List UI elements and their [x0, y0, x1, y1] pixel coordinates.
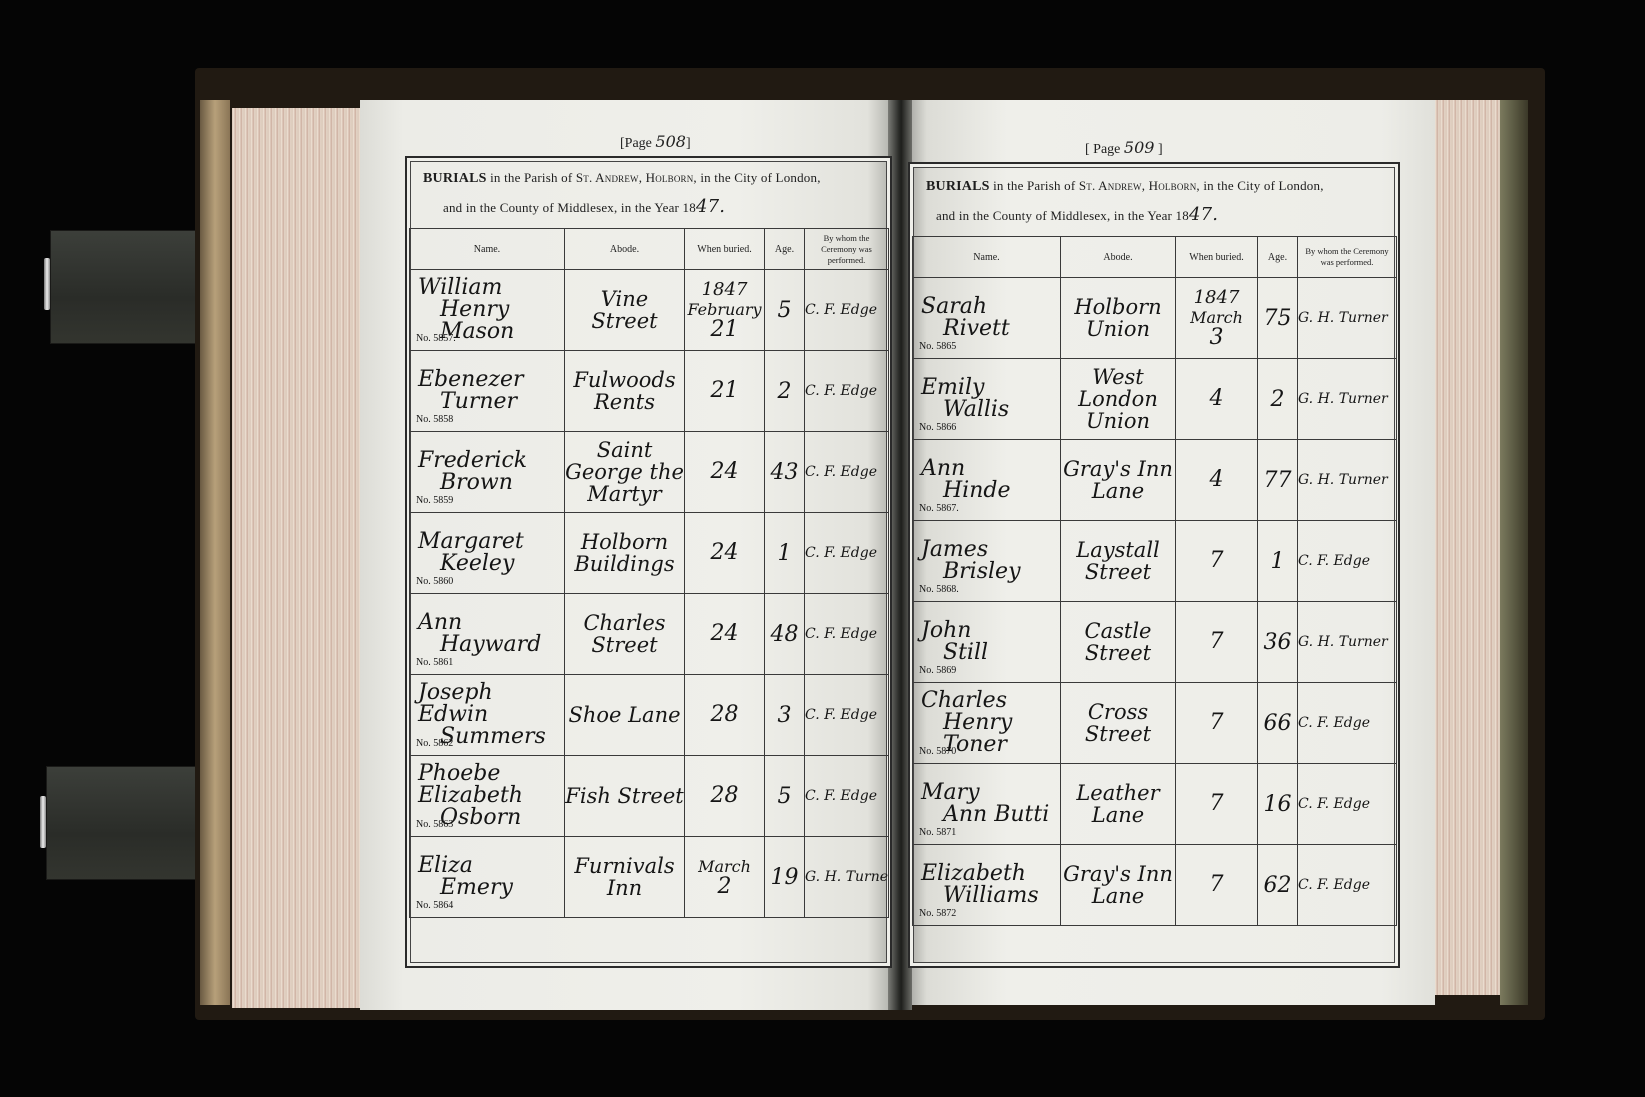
- year-handwritten: 47.: [1189, 204, 1218, 225]
- register-subtitle: and in the County of Middlesex, in the Y…: [443, 196, 884, 217]
- burial-day: 28: [685, 705, 764, 725]
- burial-date-cell: 7: [1176, 764, 1258, 845]
- entry-number: No. 5865: [919, 341, 956, 352]
- abode-cell: Gray's Inn Lane: [1061, 440, 1176, 521]
- right-page-number: [ Page 509 ]: [1085, 138, 1163, 158]
- entry-number: No. 5862: [416, 738, 453, 749]
- burial-day: 7: [1176, 551, 1257, 571]
- burial-day: 24: [685, 462, 764, 482]
- forename: Joseph Edwin: [410, 682, 564, 726]
- age-cell: 43: [765, 432, 805, 513]
- forename: Phoebe Elizabeth: [410, 763, 564, 807]
- table-row: AnnHindeNo. 5867.Gray's Inn Lane477G. H.…: [913, 440, 1397, 521]
- lower-clasp: [46, 766, 200, 880]
- entry-number: No. 5857.: [416, 333, 456, 344]
- left-page-number: [Page 508]: [620, 132, 691, 152]
- right-cover-board: [1500, 100, 1528, 1005]
- abode-cell: Holborn Buildings: [565, 513, 685, 594]
- name-cell: FrederickBrownNo. 5859: [410, 432, 565, 513]
- table-row: AnnHaywardNo. 5861Charles Street2448C. F…: [410, 594, 889, 675]
- entry-number: No. 5860: [416, 576, 453, 587]
- name-cell: WilliamHenry MasonNo. 5857.: [410, 270, 565, 351]
- abode-cell: Fish Street: [565, 756, 685, 837]
- table-row: WilliamHenry MasonNo. 5857.Vine Street18…: [410, 270, 889, 351]
- forename: William: [410, 277, 564, 299]
- age-cell: 66: [1258, 683, 1298, 764]
- burial-date-cell: 24: [685, 594, 765, 675]
- left-page-edges: [232, 108, 367, 1008]
- officiant-cell: G. H. Turner: [805, 837, 889, 918]
- burial-date-cell: 1847March3: [1176, 278, 1258, 359]
- title-burials: BURIALS: [423, 171, 487, 186]
- officiant-cell: C. F. Edge: [805, 432, 889, 513]
- table-row: CharlesHenry TonerNo. 5870Cross Street76…: [913, 683, 1397, 764]
- name-cell: ElizabethWilliamsNo. 5872: [913, 845, 1061, 926]
- parish-name: St. Andrew, Holborn,: [1079, 178, 1200, 193]
- entry-number: No. 5868.: [919, 584, 959, 595]
- forename: Frederick: [410, 450, 564, 472]
- table-row: ElizaEmeryNo. 5864Furnivals InnMarch219G…: [410, 837, 889, 918]
- abode-cell: Gray's Inn Lane: [1061, 845, 1176, 926]
- burial-date-cell: 4: [1176, 359, 1258, 440]
- name-cell: Phoebe ElizabethOsbornNo. 5863: [410, 756, 565, 837]
- name-cell: CharlesHenry TonerNo. 5870: [913, 683, 1061, 764]
- burial-day: 7: [1176, 794, 1257, 814]
- entry-number: No. 5863: [416, 819, 453, 830]
- table-header-row: Name. Abode. When buried. Age. By whom t…: [913, 237, 1397, 278]
- burial-day: 4: [1176, 470, 1257, 490]
- officiant-cell: G. H. Turner: [1298, 359, 1397, 440]
- forename: John: [913, 620, 1060, 642]
- county-year-text: and in the County of Middlesex, in the Y…: [443, 200, 696, 215]
- age-cell: 62: [1258, 845, 1298, 926]
- upper-clasp: [50, 230, 204, 344]
- table-row: MargaretKeeleyNo. 5860Holborn Buildings2…: [410, 513, 889, 594]
- page-number-handwritten: 508: [655, 132, 686, 151]
- name-cell: JamesBrisleyNo. 5868.: [913, 521, 1061, 602]
- forename: Eliza: [410, 855, 564, 877]
- entry-number: No. 5867.: [919, 503, 959, 514]
- burial-date-cell: 7: [1176, 602, 1258, 683]
- table-row: EbenezerTurnerNo. 5858Fulwoods Rents212C…: [410, 351, 889, 432]
- burial-day: 2: [685, 877, 764, 897]
- officiant-cell: C. F. Edge: [805, 675, 889, 756]
- lower-clasp-pin: [40, 796, 46, 848]
- burial-date-cell: 7: [1176, 683, 1258, 764]
- forename: Margaret: [410, 531, 564, 553]
- parish-name: St. Andrew, Holborn,: [576, 170, 697, 185]
- officiant-cell: C. F. Edge: [805, 756, 889, 837]
- forename: Emily: [913, 377, 1060, 399]
- col-header-abode: Abode.: [565, 229, 685, 270]
- name-cell: MaryAnn ButtiNo. 5871: [913, 764, 1061, 845]
- age-cell: 19: [765, 837, 805, 918]
- burial-day: 24: [685, 624, 764, 644]
- table-header-row: Name. Abode. When buried. Age. By whom t…: [410, 229, 889, 270]
- surname: Williams: [913, 885, 1060, 907]
- year-handwritten: 47.: [696, 196, 725, 217]
- forename: James: [913, 539, 1060, 561]
- burial-date-cell: 24: [685, 513, 765, 594]
- abode-cell: Cross Street: [1061, 683, 1176, 764]
- col-header-age: Age.: [765, 229, 805, 270]
- burial-date-cell: 28: [685, 756, 765, 837]
- burial-date-cell: 7: [1176, 845, 1258, 926]
- title-text: in the Parish of: [490, 170, 572, 185]
- table-row: MaryAnn ButtiNo. 5871Leather Lane716C. F…: [913, 764, 1397, 845]
- surname: Hinde: [913, 480, 1060, 502]
- city-text: in the City of London,: [1203, 178, 1323, 193]
- surname: Emery: [410, 877, 564, 899]
- col-header-name: Name.: [410, 229, 565, 270]
- name-cell: SarahRivettNo. 5865: [913, 278, 1061, 359]
- officiant-cell: G. H. Turner: [1298, 602, 1397, 683]
- age-cell: 5: [765, 756, 805, 837]
- officiant-cell: C. F. Edge: [1298, 683, 1397, 764]
- burial-day: 7: [1176, 713, 1257, 733]
- table-row: SarahRivettNo. 5865Holborn Union1847Marc…: [913, 278, 1397, 359]
- officiant-cell: C. F. Edge: [805, 594, 889, 675]
- officiant-cell: C. F. Edge: [805, 351, 889, 432]
- col-header-when-buried: When buried.: [685, 229, 765, 270]
- page-label: Page: [625, 136, 652, 151]
- age-cell: 1: [765, 513, 805, 594]
- name-cell: EmilyWallisNo. 5866: [913, 359, 1061, 440]
- burial-year: 1847: [1176, 288, 1257, 308]
- upper-clasp-pin: [44, 258, 50, 310]
- surname: Rivett: [913, 318, 1060, 340]
- left-register-table-frame: BURIALS in the Parish of St. Andrew, Hol…: [405, 156, 892, 968]
- surname: Turner: [410, 391, 564, 413]
- page-number-handwritten: 509: [1124, 138, 1155, 157]
- abode-cell: Fulwoods Rents: [565, 351, 685, 432]
- burial-day: 4: [1176, 389, 1257, 409]
- title-burials: BURIALS: [926, 179, 990, 194]
- col-header-age: Age.: [1258, 237, 1298, 278]
- register-title: BURIALS in the Parish of St. Andrew, Hol…: [926, 178, 1392, 195]
- right-register-table-frame: BURIALS in the Parish of St. Andrew, Hol…: [908, 162, 1400, 968]
- officiant-cell: C. F. Edge: [1298, 764, 1397, 845]
- surname: Keeley: [410, 553, 564, 575]
- abode-cell: West London Union: [1061, 359, 1176, 440]
- col-header-abode: Abode.: [1061, 237, 1176, 278]
- left-cover-board: [200, 100, 230, 1005]
- age-cell: 77: [1258, 440, 1298, 521]
- age-cell: 2: [1258, 359, 1298, 440]
- burial-date-cell: 28: [685, 675, 765, 756]
- right-page-edges: [1428, 100, 1500, 995]
- abode-cell: Charles Street: [565, 594, 685, 675]
- age-cell: 1: [1258, 521, 1298, 602]
- entry-number: No. 5872: [919, 908, 956, 919]
- table-row: ElizabethWilliamsNo. 5872Gray's Inn Lane…: [913, 845, 1397, 926]
- register-title: BURIALS in the Parish of St. Andrew, Hol…: [423, 170, 884, 187]
- burial-date-cell: 24: [685, 432, 765, 513]
- burial-day: 7: [1176, 875, 1257, 895]
- officiant-cell: C. F. Edge: [1298, 845, 1397, 926]
- left-burial-table: Name. Abode. When buried. Age. By whom t…: [409, 228, 889, 918]
- name-cell: JohnStillNo. 5869: [913, 602, 1061, 683]
- abode-cell: Castle Street: [1061, 602, 1176, 683]
- name-cell: AnnHindeNo. 5867.: [913, 440, 1061, 521]
- col-header-when-buried: When buried.: [1176, 237, 1258, 278]
- table-row: FrederickBrownNo. 5859Saint George the M…: [410, 432, 889, 513]
- entry-number: No. 5866: [919, 422, 956, 433]
- officiant-cell: G. H. Turner: [1298, 278, 1397, 359]
- burial-date-cell: 4: [1176, 440, 1258, 521]
- right-burial-table: Name. Abode. When buried. Age. By whom t…: [912, 236, 1397, 926]
- burial-date-cell: March2: [685, 837, 765, 918]
- forename: Elizabeth: [913, 863, 1060, 885]
- officiant-cell: G. H. Turner: [1298, 440, 1397, 521]
- burial-date-cell: 7: [1176, 521, 1258, 602]
- burial-year: 1847: [685, 280, 764, 300]
- forename: Ebenezer: [410, 369, 564, 391]
- entry-number: No. 5864: [416, 900, 453, 911]
- city-text: in the City of London,: [700, 170, 820, 185]
- abode-cell: Holborn Union: [1061, 278, 1176, 359]
- entry-number: No. 5871: [919, 827, 956, 838]
- surname: Still: [913, 642, 1060, 664]
- col-header-name: Name.: [913, 237, 1061, 278]
- officiant-cell: C. F. Edge: [805, 270, 889, 351]
- col-header-ceremony-by: By whom the Ceremony was performed.: [1298, 237, 1397, 278]
- page-label: Page: [1093, 142, 1120, 157]
- age-cell: 48: [765, 594, 805, 675]
- abode-cell: Laystall Street: [1061, 521, 1176, 602]
- forename: Sarah: [913, 296, 1060, 318]
- surname: Hayward: [410, 634, 564, 656]
- age-cell: 36: [1258, 602, 1298, 683]
- surname: Brown: [410, 472, 564, 494]
- table-row: EmilyWallisNo. 5866West London Union42G.…: [913, 359, 1397, 440]
- forename: Mary: [913, 782, 1060, 804]
- burial-day: 28: [685, 786, 764, 806]
- abode-cell: Leather Lane: [1061, 764, 1176, 845]
- table-row: JamesBrisleyNo. 5868.Laystall Street71C.…: [913, 521, 1397, 602]
- burial-date-cell: 21: [685, 351, 765, 432]
- abode-cell: Vine Street: [565, 270, 685, 351]
- col-header-ceremony-by: By whom the Ceremony was performed.: [805, 229, 889, 270]
- title-text: in the Parish of: [993, 178, 1075, 193]
- forename: Ann: [913, 458, 1060, 480]
- forename: Charles: [913, 690, 1060, 712]
- surname: Wallis: [913, 399, 1060, 421]
- entry-number: No. 5858: [416, 414, 453, 425]
- table-row: Joseph EdwinSummersNo. 5862Shoe Lane283C…: [410, 675, 889, 756]
- forename: Ann: [410, 612, 564, 634]
- abode-cell: Saint George the Martyr: [565, 432, 685, 513]
- name-cell: Joseph EdwinSummersNo. 5862: [410, 675, 565, 756]
- officiant-cell: C. F. Edge: [1298, 521, 1397, 602]
- age-cell: 2: [765, 351, 805, 432]
- county-year-text: and in the County of Middlesex, in the Y…: [936, 208, 1189, 223]
- burial-day: 3: [1176, 328, 1257, 348]
- age-cell: 3: [765, 675, 805, 756]
- abode-cell: Shoe Lane: [565, 675, 685, 756]
- burial-day: 7: [1176, 632, 1257, 652]
- burial-day: 21: [685, 381, 764, 401]
- burial-date-cell: 1847February21: [685, 270, 765, 351]
- register-subtitle: and in the County of Middlesex, in the Y…: [936, 204, 1392, 225]
- name-cell: EbenezerTurnerNo. 5858: [410, 351, 565, 432]
- name-cell: MargaretKeeleyNo. 5860: [410, 513, 565, 594]
- officiant-cell: C. F. Edge: [805, 513, 889, 594]
- table-row: Phoebe ElizabethOsbornNo. 5863Fish Stree…: [410, 756, 889, 837]
- age-cell: 5: [765, 270, 805, 351]
- abode-cell: Furnivals Inn: [565, 837, 685, 918]
- surname: Brisley: [913, 561, 1060, 583]
- table-row: JohnStillNo. 5869Castle Street736G. H. T…: [913, 602, 1397, 683]
- entry-number: No. 5869: [919, 665, 956, 676]
- name-cell: AnnHaywardNo. 5861: [410, 594, 565, 675]
- entry-number: No. 5870: [919, 746, 956, 757]
- burial-day: 21: [685, 320, 764, 340]
- name-cell: ElizaEmeryNo. 5864: [410, 837, 565, 918]
- surname: Ann Butti: [913, 804, 1060, 826]
- age-cell: 75: [1258, 278, 1298, 359]
- entry-number: No. 5861: [416, 657, 453, 668]
- burial-day: 24: [685, 543, 764, 563]
- entry-number: No. 5859: [416, 495, 453, 506]
- age-cell: 16: [1258, 764, 1298, 845]
